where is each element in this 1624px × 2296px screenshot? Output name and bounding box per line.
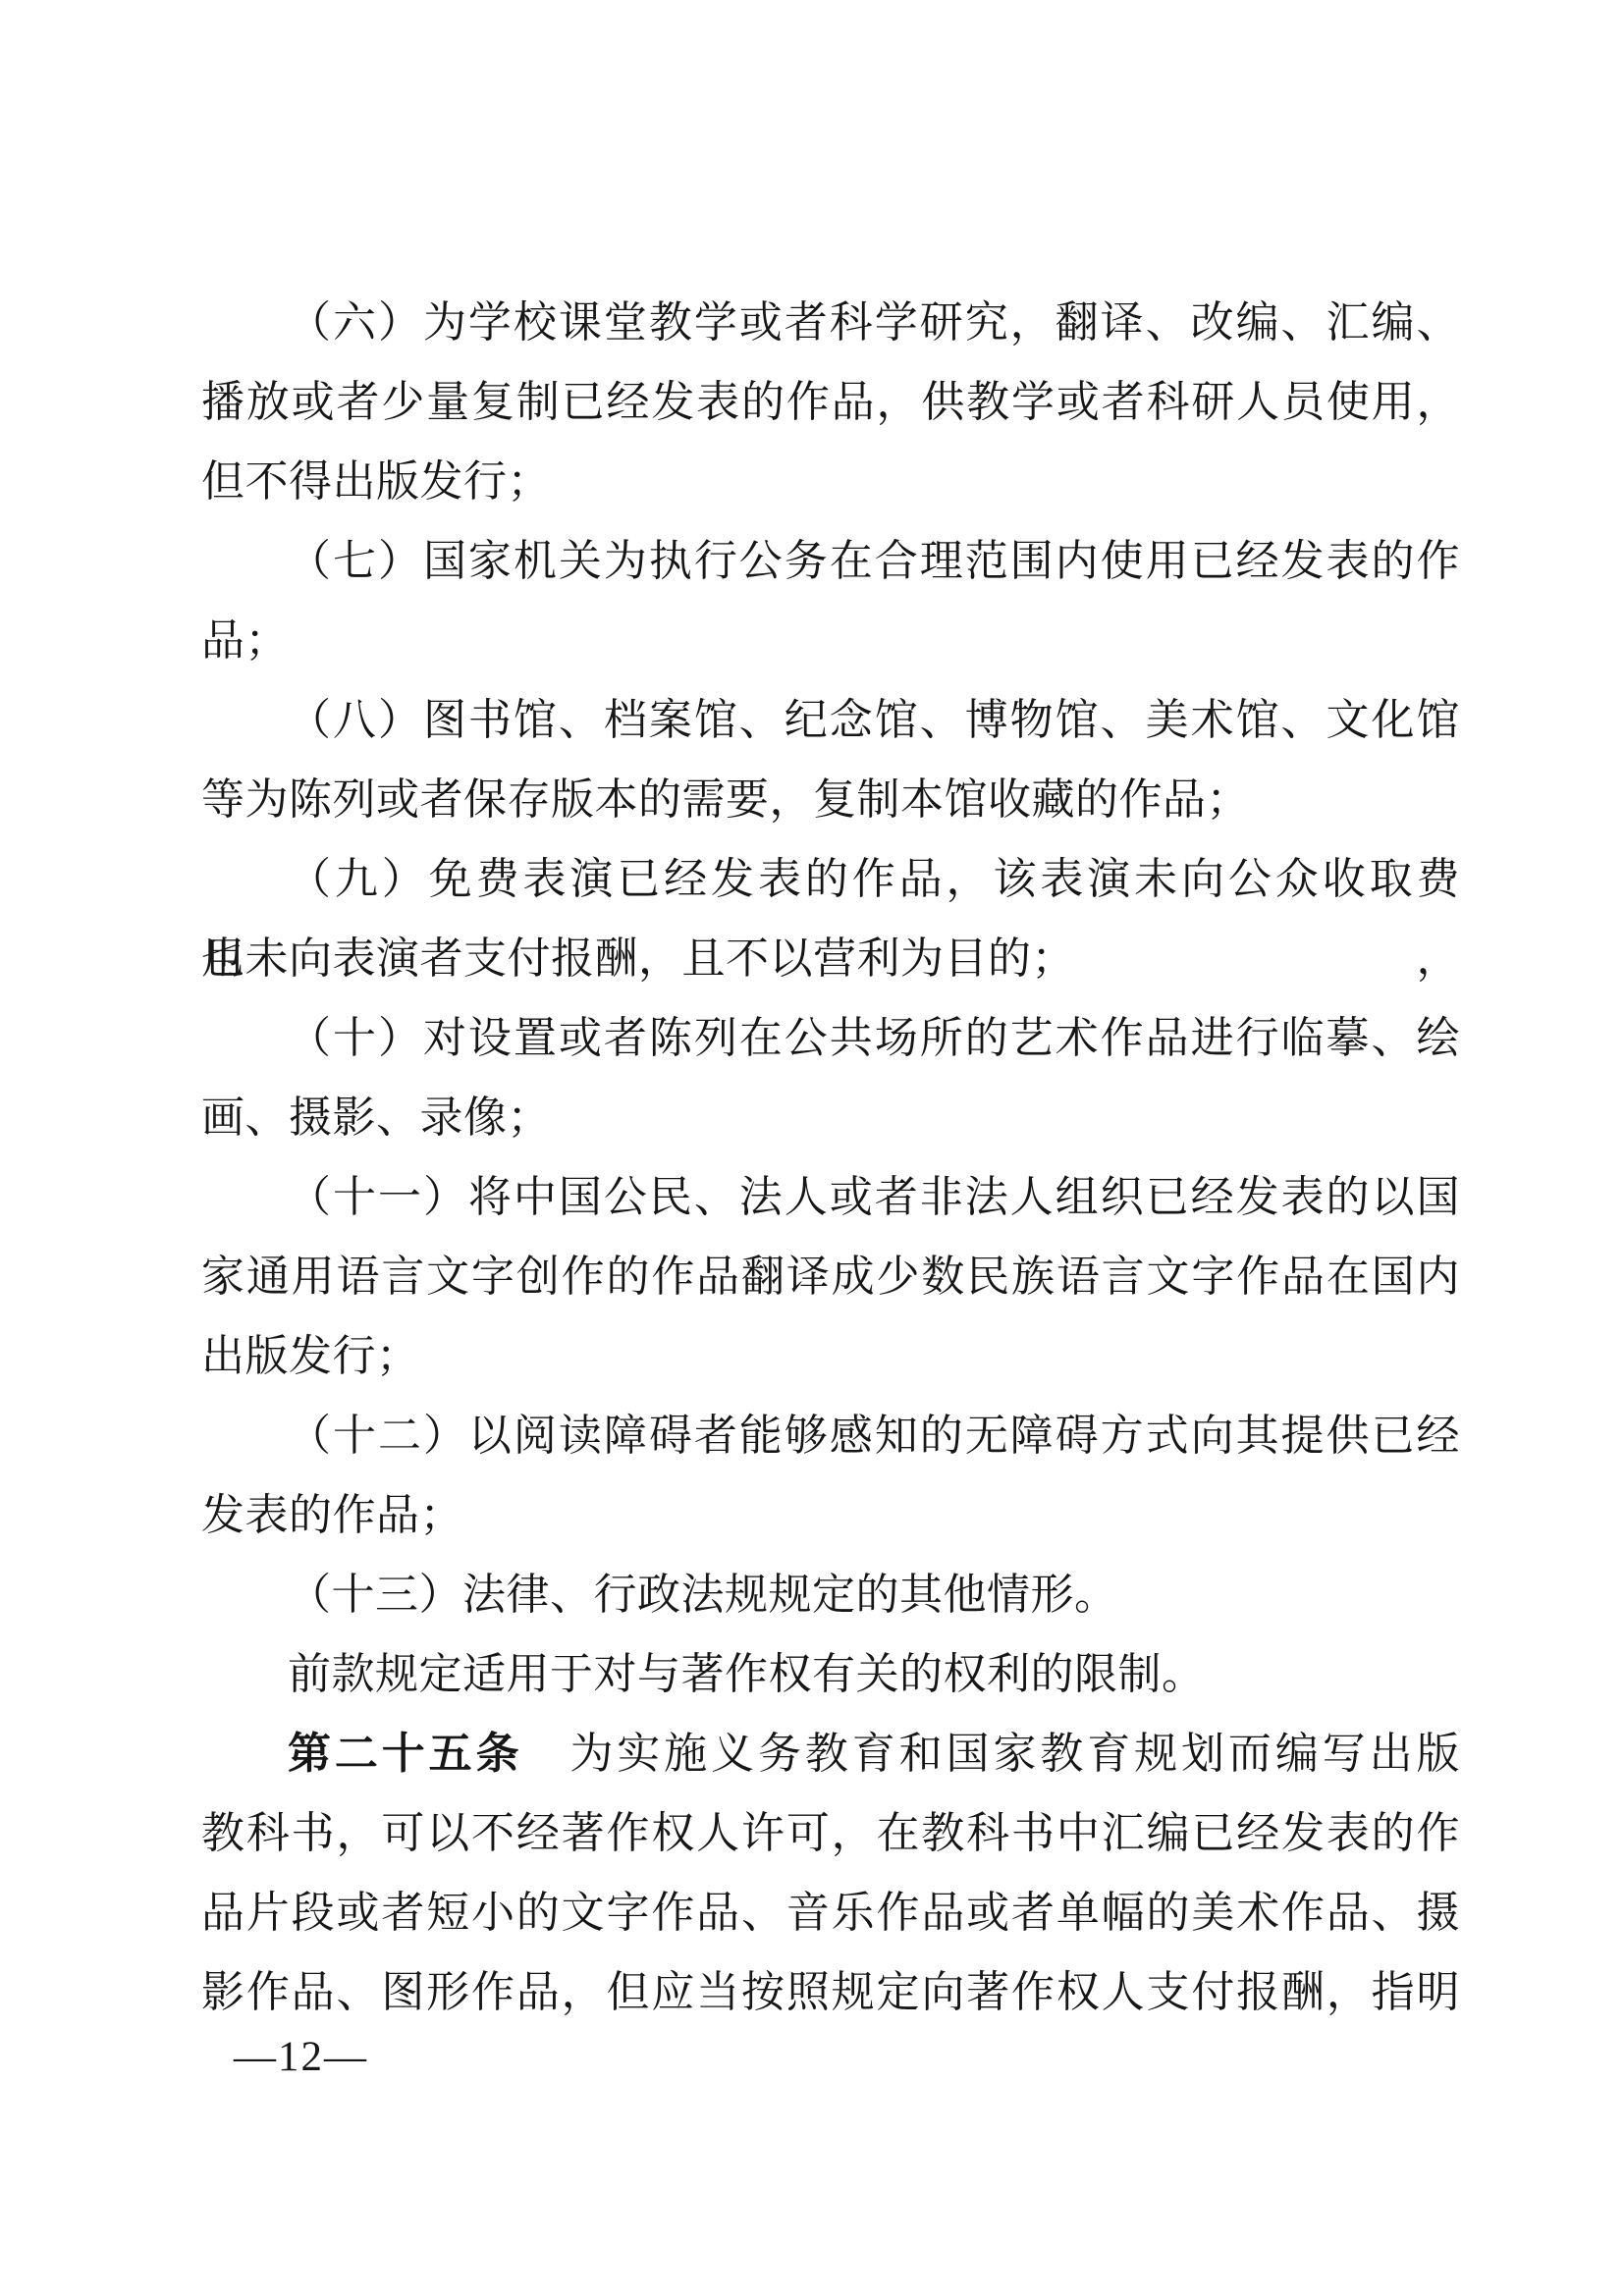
text-line-item-12-a: （十二）以阅读障碍者能够感知的无障碍方式向其提供已经 — [201, 1396, 1460, 1475]
text-line-item-10-b: 画、摄影、录像； — [201, 1078, 1460, 1157]
text-line-item-13: （十三）法律、行政法规规定的其他情形。 — [201, 1555, 1460, 1634]
document-body: （六）为学校课堂教学或者科学研究，翻译、改编、汇编、 播放或者少量复制已经发表的… — [201, 283, 1460, 2032]
text-line-item-6-a: （六）为学校课堂教学或者科学研究，翻译、改编、汇编、 — [201, 283, 1460, 362]
text-line-item-6-b: 播放或者少量复制已经发表的作品，供教学或者科研人员使用， — [201, 362, 1460, 442]
document-page: （六）为学校课堂教学或者科学研究，翻译、改编、汇编、 播放或者少量复制已经发表的… — [0, 0, 1624, 2296]
text-line-item-8-a: （八）图书馆、档案馆、纪念馆、博物馆、美术馆、文化馆 — [201, 680, 1460, 760]
text-line-article-25-b: 教科书，可以不经著作权人许可，在教科书中汇编已经发表的作 — [201, 1793, 1460, 1873]
text-line-item-11-b: 家通用语言文字创作的作品翻译成少数民族语言文字作品在国内 — [201, 1237, 1460, 1316]
text-line-closing-clause: 前款规定适用于对与著作权有关的权利的限制。 — [201, 1634, 1460, 1714]
page-number: —12— — [234, 2032, 368, 2083]
text-line-item-11-c: 出版发行； — [201, 1316, 1460, 1396]
text-line-article-25-c: 品片段或者短小的文字作品、音乐作品或者单幅的美术作品、摄 — [201, 1873, 1460, 1952]
text-line-item-11-a: （十一）将中国公民、法人或者非法人组织已经发表的以国 — [201, 1157, 1460, 1237]
text-line-item-6-c: 但不得出版发行； — [201, 442, 1460, 521]
text-line-article-25-d: 影作品、图形作品，但应当按照规定向著作权人支付报酬，指明 — [201, 1952, 1460, 2032]
text-line-item-7-b: 品； — [201, 601, 1460, 680]
text-line-item-10-a: （十）对设置或者陈列在公共场所的艺术作品进行临摹、绘 — [201, 998, 1460, 1078]
text-line-item-12-b: 发表的作品； — [201, 1475, 1460, 1555]
text-line-article-25-heading: 第二十五条 为实施义务教育和国家教育规划而编写出版 — [201, 1714, 1460, 1793]
article-25-number: 第二十五条 — [288, 1730, 522, 1778]
text-line-item-9-a: （九）免费表演已经发表的作品，该表演未向公众收取费用， — [201, 839, 1460, 919]
text-line-item-8-b: 等为陈列或者保存版本的需要，复制本馆收藏的作品； — [201, 760, 1460, 839]
text-line-item-7-a: （七）国家机关为执行公务在合理范围内使用已经发表的作 — [201, 521, 1460, 601]
article-25-text: 为实施义务教育和国家教育规划而编写出版 — [522, 1730, 1460, 1778]
